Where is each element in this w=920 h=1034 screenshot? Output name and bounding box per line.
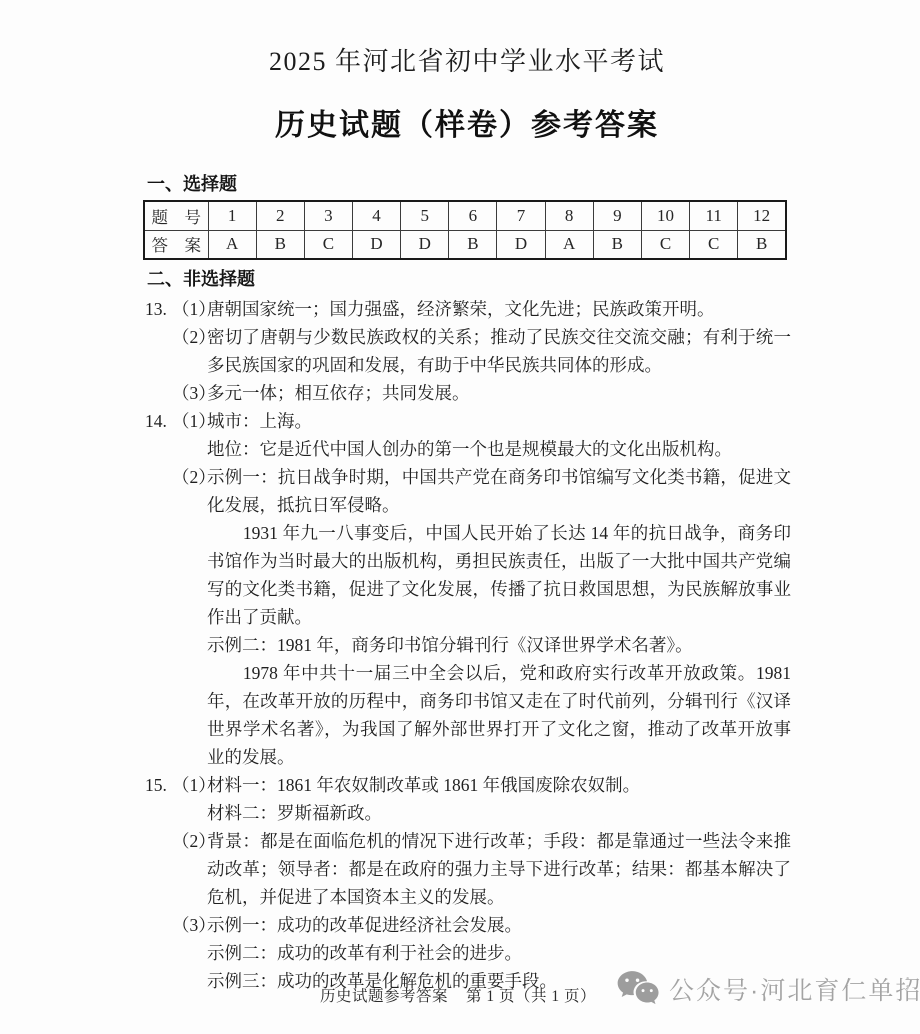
table-row-numbers: 题 号 1 2 3 4 5 6 7 8 9 10 11 12 [144,201,786,230]
answer-paragraph: 材料一：1861 年农奴制改革或 1861 年俄国废除农奴制。 [207,771,791,799]
answer-paragraph: 1931 年九一八事变后，中国人民开始了长达 14 年的抗日战争，商务印书馆作为… [207,519,791,631]
question-number-cell: 12 [738,201,786,230]
question-13: 13. （1） 唐朝国家统一；国力强盛，经济繁荣，文化先进；民族政策开明。 （2… [143,295,791,407]
question-part: （3） 多元一体；相互依存；共同发展。 [143,379,791,407]
answers-body: 13. （1） 唐朝国家统一；国力强盛，经济繁荣，文化先进；民族政策开明。 （2… [143,295,791,995]
question-number-cell: 1 [208,201,256,230]
edge-fragment: ； [903,972,919,1012]
question-15: 15. （1） 材料一：1861 年农奴制改革或 1861 年俄国废除农奴制。 … [143,771,791,995]
answer-cell: D [352,230,400,259]
page-content: 2025 年河北省初中学业水平考试 历史试题（样卷）参考答案 一、选择题 题 号… [143,0,791,995]
row-label-answer: 答 案 [144,230,208,259]
answer-cell: D [497,230,545,259]
question-number-cell: 10 [641,201,689,230]
answer-cell: B [593,230,641,259]
answer-paragraph: 密切了唐朝与少数民族政权的关系；推动了民族交往交流交融；有利于统一多民族国家的巩… [207,323,791,379]
answer-paragraph: 地位：它是近代中国人创办的第一个也是规模最大的文化出版机构。 [207,435,791,463]
answer-table: 题 号 1 2 3 4 5 6 7 8 9 10 11 12 答 案 A [143,200,787,260]
section-heading-non-choice: 二、非选择题 [147,267,791,292]
part-marker: （1） [172,295,216,323]
answer-cell: C [641,230,689,259]
answer-paragraph: 示例一：抗日战争时期，中国共产党在商务印书馆编写文化类书籍，促进文化发展，抵抗日… [207,463,791,519]
answer-paragraph: 城市：上海。 [207,407,791,435]
row-label-number: 题 号 [144,201,208,230]
answer-paragraph: 唐朝国家统一；国力强盛，经济繁荣，文化先进；民族政策开明。 [207,295,791,323]
question-number-cell: 5 [401,201,449,230]
question-part: （1） 城市：上海。 地位：它是近代中国人创办的第一个也是规模最大的文化出版机构… [143,407,791,463]
question-number-cell: 2 [256,201,304,230]
exam-answer-page: 2025 年河北省初中学业水平考试 历史试题（样卷）参考答案 一、选择题 题 号… [0,0,920,1034]
answer-paragraph: 多元一体；相互依存；共同发展。 [207,379,791,407]
answer-paragraph: 示例一：成功的改革促进经济社会发展。 [207,911,791,939]
answer-cell: B [256,230,304,259]
footer-page-number: 第 1 页（共 1 页） [466,988,596,1005]
question-part: （2） 密切了唐朝与少数民族政权的关系；推动了民族交往交流交融；有利于统一多民族… [143,323,791,379]
answer-cell: A [545,230,593,259]
doc-subtitle: 历史试题（样卷）参考答案 [143,104,791,148]
question-number-cell: 4 [352,201,400,230]
answer-paragraph: 示例二：1981 年，商务印书馆分辑刊行《汉译世界学术名著》。 [207,631,791,659]
question-number-cell: 6 [449,201,497,230]
watermark: 公众号·河北育仁单招 [616,968,920,1010]
part-marker: （2） [172,827,216,855]
answer-cell: C [690,230,738,259]
answer-paragraph: 1978 年中共十一届三中全会以后，党和政府实行改革开放政策。1981 年，在改… [207,659,791,771]
answer-paragraph: 背景：都是在面临危机的情况下进行改革；手段：都是靠通过一些法令来推动改革；领导者… [207,827,791,911]
answer-cell: A [208,230,256,259]
answer-paragraph: 示例二：成功的改革有利于社会的进步。 [207,939,791,967]
question-number-cell: 8 [545,201,593,230]
footer-doc-label: 历史试题参考答案 [320,988,448,1005]
question-part: （2） 背景：都是在面临危机的情况下进行改革；手段：都是靠通过一些法令来推动改革… [143,827,791,911]
table-row-answers: 答 案 A B C D D B D A B C C B [144,230,786,259]
part-marker: （3） [172,911,216,939]
section-heading-choice: 一、选择题 [147,172,791,197]
part-marker: （1） [172,407,216,435]
question-number-cell: 9 [593,201,641,230]
question-number-cell: 3 [304,201,352,230]
part-marker: （1） [172,771,216,799]
part-marker: （2） [172,463,216,491]
question-part: （1） 材料一：1861 年农奴制改革或 1861 年俄国废除农奴制。 材料二：… [143,771,791,827]
answer-cell: C [304,230,352,259]
question-number-cell: 11 [690,201,738,230]
watermark-text: 公众号·河北育仁单招 [669,971,920,1007]
wechat-icon [616,968,660,1010]
answer-cell: B [738,230,786,259]
answer-cell: D [401,230,449,259]
answer-cell: B [449,230,497,259]
question-part: （1） 唐朝国家统一；国力强盛，经济繁荣，文化先进；民族政策开明。 [143,295,791,323]
doc-title: 2025 年河北省初中学业水平考试 [143,44,791,80]
part-marker: （3） [172,379,216,407]
question-14: 14. （1） 城市：上海。 地位：它是近代中国人创办的第一个也是规模最大的文化… [143,407,791,771]
question-part: （2） 示例一：抗日战争时期，中国共产党在商务印书馆编写文化类书籍，促进文化发展… [143,463,791,771]
part-marker: （2） [172,323,216,351]
answer-paragraph: 材料二：罗斯福新政。 [207,799,791,827]
footer-page-label: 历史试题参考答案第 1 页（共 1 页） [320,984,596,1006]
question-number-cell: 7 [497,201,545,230]
